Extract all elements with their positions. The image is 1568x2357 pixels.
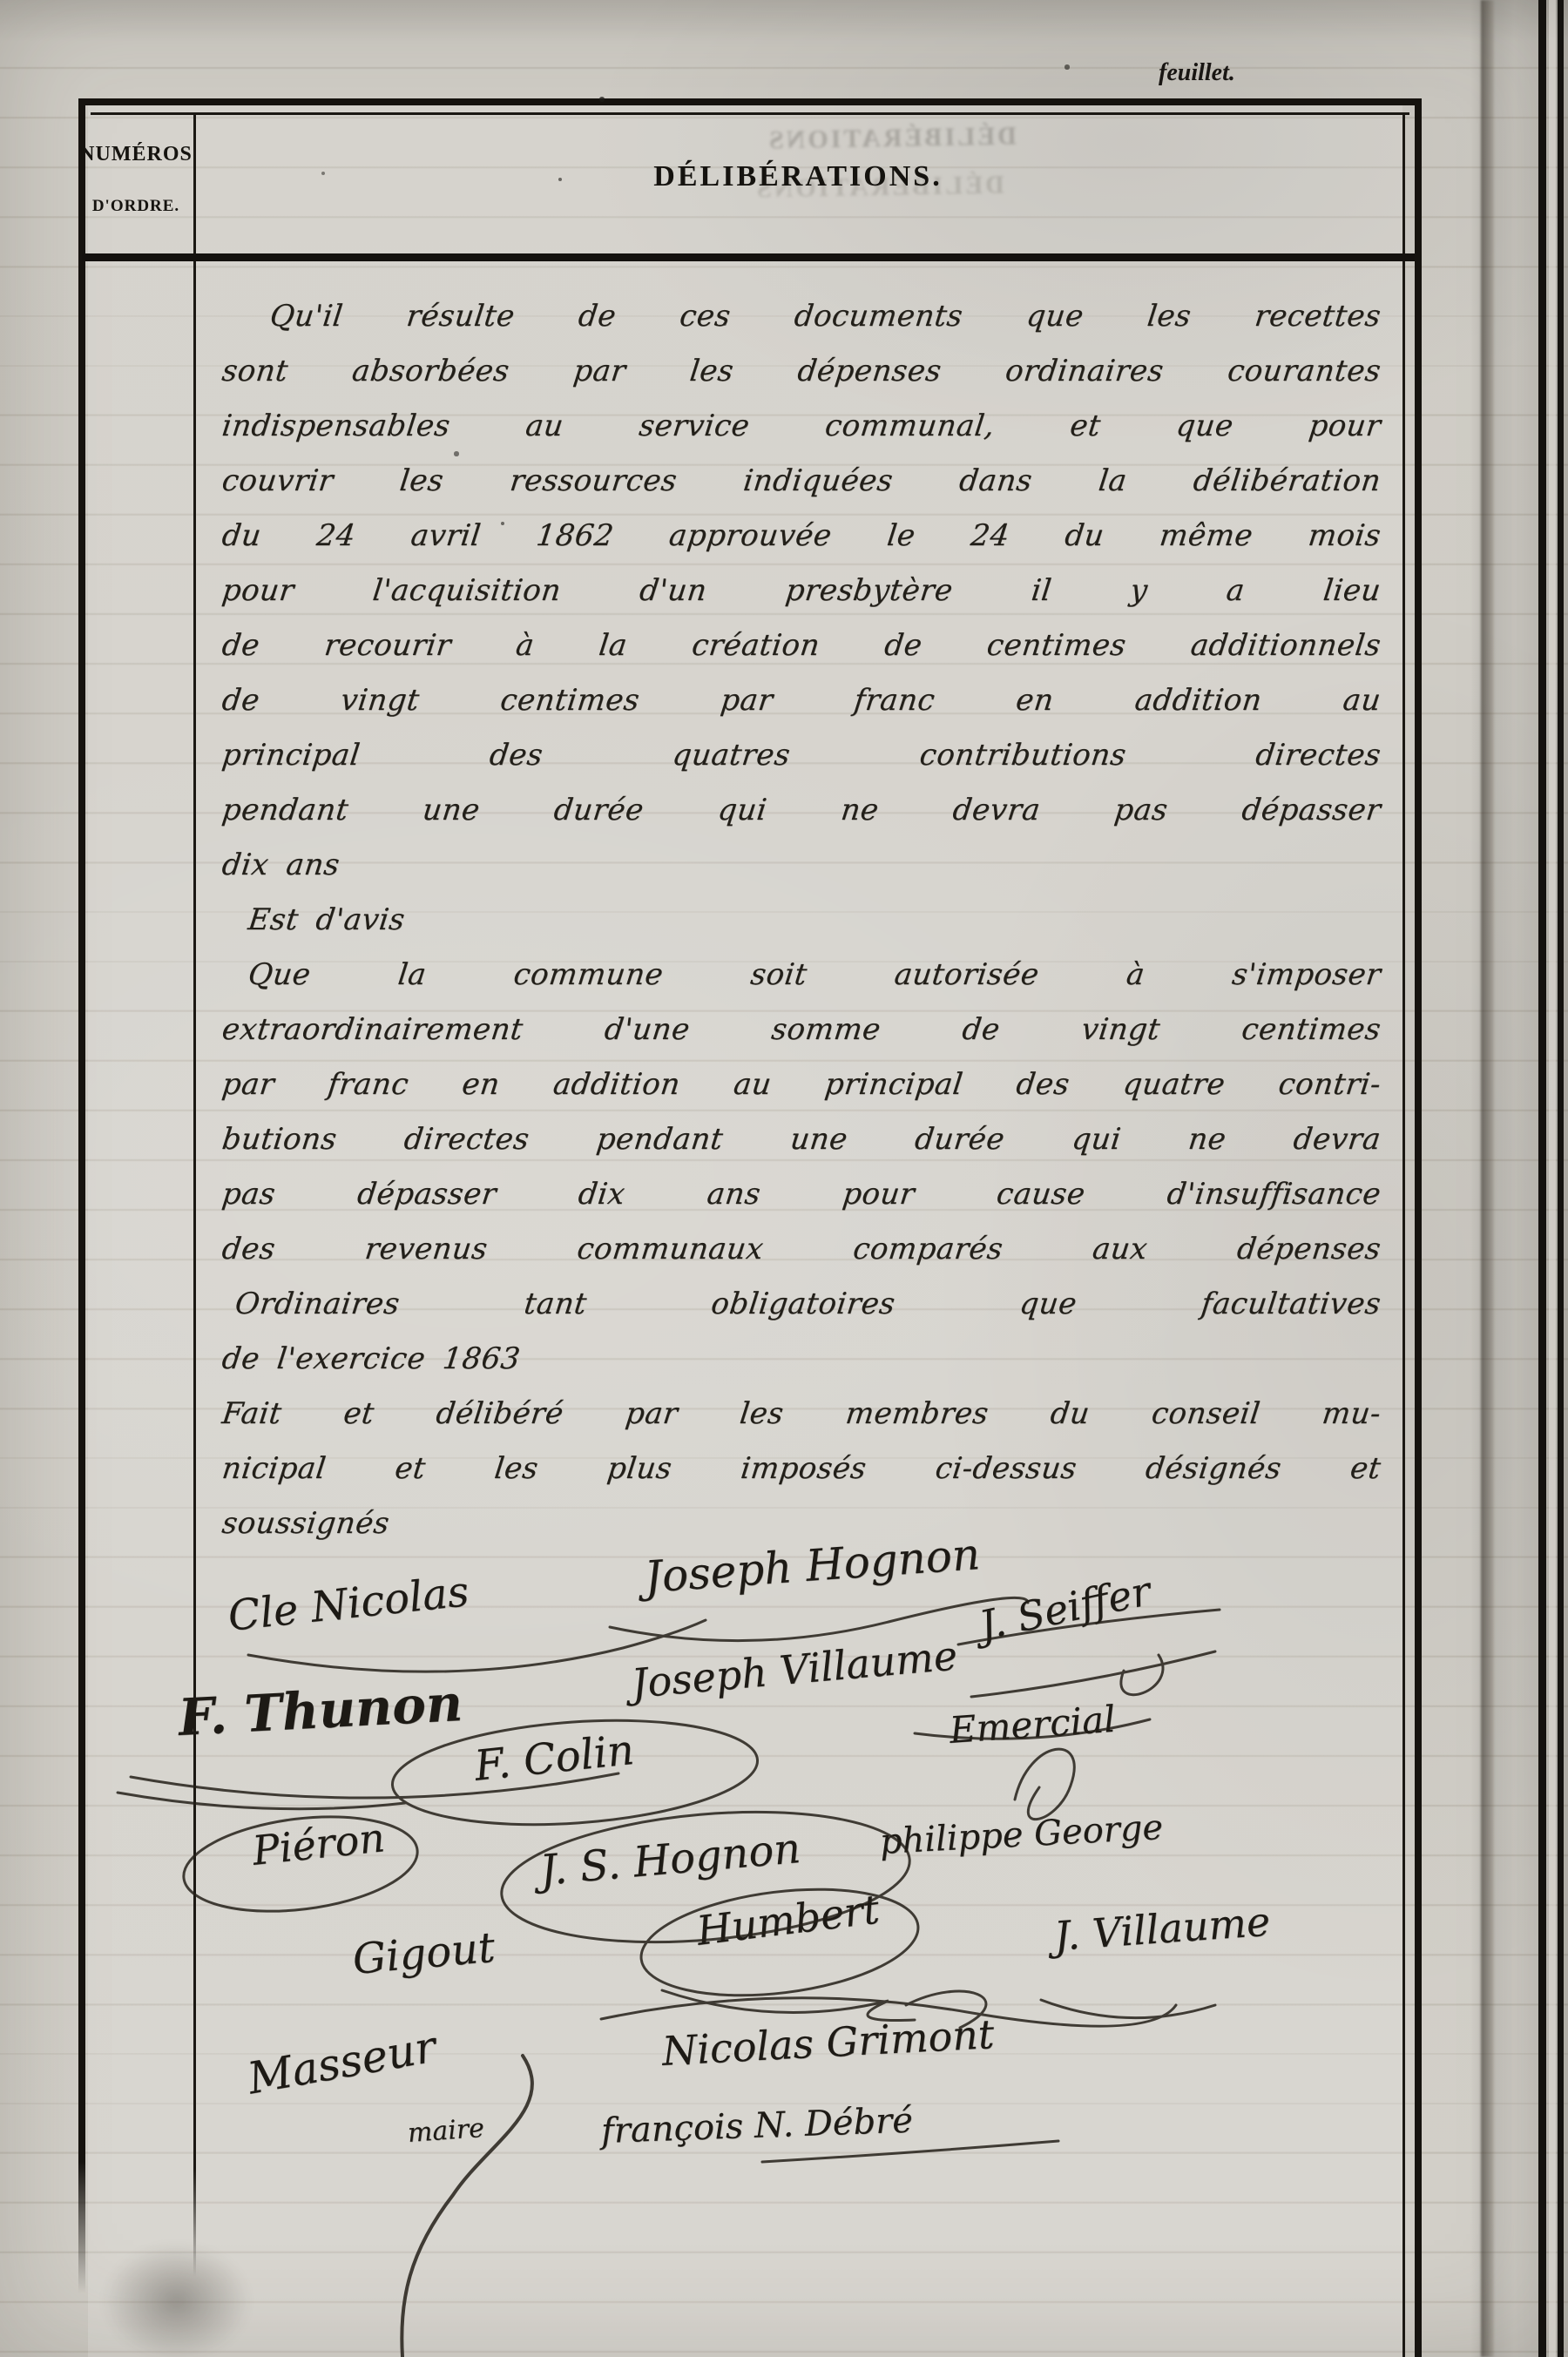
order-column-header-line1: NUMÉROS (78, 143, 193, 166)
manuscript-line: butions directes pendant une durée qui n… (219, 1112, 1384, 1167)
manuscript-line: indispensables au service communal, et q… (219, 399, 1384, 454)
manuscript-line: par franc en addition au principal des q… (219, 1057, 1384, 1112)
page-edge-line (1538, 0, 1546, 2357)
manuscript-line: de vingt centimes par franc en addition … (219, 673, 1384, 728)
manuscript-line: des revenus communaux comparés aux dépen… (219, 1222, 1384, 1277)
deliberations-title: DÉLIBÉRATIONS. (193, 160, 1402, 193)
table-border-left (78, 98, 85, 2293)
order-column-divider (193, 112, 196, 2277)
page-label: feuillet. (1159, 59, 1350, 87)
manuscript-line: pas dépasser dix ans pour cause d'insuff… (219, 1167, 1384, 1222)
manuscript-line: Est d'avis (219, 893, 1384, 948)
manuscript-line: couvrir les ressources indiquées dans la… (219, 454, 1384, 509)
manuscript-line: de recourir à la création de centimes ad… (219, 618, 1384, 673)
manuscript-line: pendant une durée qui ne devra pas dépas… (219, 783, 1384, 838)
manuscript-line: Qu'il résulte de ces documents que les r… (219, 289, 1384, 344)
manuscript-line: sont absorbées par les dépenses ordinair… (219, 344, 1384, 399)
register-page: feuillet. DÉLIBÉRATIONS DÉLIBÉRATIONS NU… (0, 0, 1568, 2357)
order-column-header-line2: D'ORDRE. (78, 197, 193, 216)
table-border-right-inner (1402, 112, 1405, 2357)
manuscript-line: Fait et délibéré par les membres du cons… (219, 1387, 1384, 1442)
table-border-right (1415, 98, 1422, 2357)
manuscript-body: Qu'il résulte de ces documents que les r… (222, 289, 1381, 1551)
corner-smudge (103, 2243, 251, 2357)
page-edge-highlight (1549, 0, 1556, 2357)
page-edge-line (1558, 0, 1564, 2357)
table-border-top (78, 98, 1422, 105)
header-bottom-rule (82, 253, 1415, 261)
manuscript-line: Que la commune soit autorisée à s'impose… (219, 948, 1384, 1003)
manuscript-line: principal des quatres contributions dire… (219, 728, 1384, 783)
signature-mayor-role: maire (407, 2113, 485, 2149)
manuscript-line: Ordinaires tant obligatoires que faculta… (219, 1277, 1384, 1332)
manuscript-line: extraordinairement d'une somme de vingt … (219, 1003, 1384, 1057)
table-border-top-inner (91, 112, 1409, 115)
ink-specks (0, 0, 2, 2)
manuscript-line: du 24 avril 1862 approuvée le 24 du même… (219, 509, 1384, 564)
manuscript-line: de l'exercice 1863 (219, 1332, 1384, 1387)
bleedthrough-text: DÉLIBÉRATIONS (767, 121, 1017, 155)
manuscript-line: pour l'acquisition d'un presbytère il y … (219, 564, 1384, 618)
manuscript-line: nicipal et les plus imposés ci-dessus dé… (219, 1442, 1384, 1496)
manuscript-line: dix ans (219, 838, 1384, 893)
binding-crease (1481, 0, 1494, 2357)
